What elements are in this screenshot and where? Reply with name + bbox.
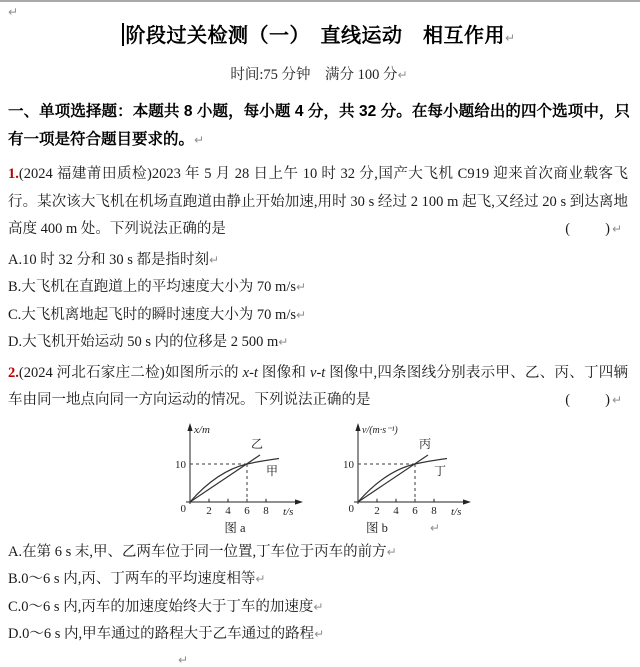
x-axis-label: t/s [451, 506, 461, 518]
question-2-options: A.在第 6 s 末,甲、乙两车位于同一位置,丁车位于丙车的前方↵ B.0～6 … [8, 539, 630, 649]
y-axis-label: x/m [193, 424, 210, 436]
exam-subtitle-text: 时间:75 分钟 满分 100 分 [230, 67, 397, 83]
paragraph-mark: ↵ [296, 308, 306, 322]
option-text: A.10 时 32 分和 30 s 都是指时刻 [8, 252, 209, 268]
option-text: D.0～6 s 内,甲车通过的路程大于乙车通过的路程 [8, 626, 314, 642]
exam-document-page[interactable]: { "marks": { "pilcrow": "↵" }, "header":… [0, 0, 640, 667]
option-item: C.大飞机离地起飞时的瞬时速度大小为 70 m/s↵ [8, 302, 630, 330]
exam-subtitle: 时间:75 分钟 满分 100 分↵ [8, 65, 630, 85]
x-tick-label: 6 [412, 505, 418, 517]
vt-graph-label: v-t [310, 365, 325, 381]
answer-bracket-text: ( ) [565, 392, 612, 408]
origin-label: 0 [181, 503, 187, 515]
x-axis-arrow [295, 499, 303, 504]
x-tick-label: 6 [244, 505, 250, 517]
paragraph-mark: ↵ [313, 600, 323, 614]
answer-bracket: ( )↵ [565, 216, 624, 244]
option-text: B.大飞机在直跑道上的平均速度大小为 70 m/s [8, 279, 296, 295]
section-instructions: 一、单项选择题：本题共 8 小题，每小题 4 分，共 32 分。在每小题给出的四… [8, 98, 630, 154]
paragraph-mark: ↵ [398, 68, 408, 82]
x-tick-label: 2 [374, 505, 380, 517]
exam-title-text: 阶段过关检测（一） 直线运动 相互作用 [125, 25, 505, 47]
option-text: B.0～6 s 内,丙、丁两车的平均速度相等 [8, 571, 255, 587]
paragraph-mark: ↵ [505, 31, 516, 45]
xt-graph-label: x-t [243, 365, 258, 381]
empty-paragraph: ↵ [178, 651, 630, 667]
option-item: B.0～6 s 内,丙、丁两车的平均速度相等↵ [8, 566, 630, 594]
series-label-ding: 丁 [434, 464, 446, 478]
y-tick-label-10: 10 [343, 459, 355, 471]
y-axis-arrow [187, 423, 192, 431]
paragraph-mark: ↵ [612, 222, 624, 236]
paragraph-mark: ↵ [255, 572, 265, 586]
question-2: 2.(2024 河北石家庄二检)如图所示的 x-t 图像和 v-t 图像中,四条… [8, 360, 630, 415]
answer-bracket: ( )↵ [565, 387, 624, 415]
y-tick-label-10: 10 [175, 459, 187, 471]
figure-b-caption-text: 图 b [366, 521, 388, 535]
question-2-text: (2024 河北石家庄二检)如图所示的 [19, 365, 243, 381]
figure-a-xt-graph: x/m t/s 10 0 2 4 6 8 乙 甲 图 a [160, 420, 310, 536]
page-title: 阶段过关检测（一） 直线运动 相互作用↵ [8, 22, 630, 52]
document-body: 阶段过关检测（一） 直线运动 相互作用↵ 时间:75 分钟 满分 100 分↵ … [0, 0, 640, 667]
x-tick-label: 4 [393, 505, 399, 517]
question-1: 1.(2024 福建莆田质检)2023 年 5 月 28 日上午 10 时 32… [8, 161, 630, 244]
x-axis-label: t/s [283, 506, 293, 518]
paragraph-mark: ↵ [430, 521, 440, 535]
vt-graph-canvas: v/(m·s⁻¹) t/s 10 0 2 4 6 8 丙 丁 [328, 420, 478, 519]
question-1-options: A.10 时 32 分和 30 s 都是指时刻↵ B.大飞机在直跑道上的平均速度… [8, 247, 630, 357]
option-text: C.大飞机离地起飞时的瞬时速度大小为 70 m/s [8, 307, 296, 323]
paragraph-mark: ↵ [278, 335, 288, 349]
x-axis-arrow [463, 499, 471, 504]
section-instructions-text: 一、单项选择题：本题共 8 小题，每小题 4 分，共 32 分。在每小题给出的四… [8, 103, 630, 148]
paragraph-mark: ↵ [387, 545, 397, 559]
x-tick-label: 8 [263, 505, 269, 517]
paragraph-mark: ↵ [296, 280, 306, 294]
option-item: D.0～6 s 内,甲车通过的路程大于乙车通过的路程↵ [8, 621, 630, 649]
series-label-yi: 乙 [251, 437, 263, 451]
option-item: A.10 时 32 分和 30 s 都是指时刻↵ [8, 247, 630, 275]
paragraph-mark: ↵ [178, 653, 188, 667]
paragraph-mark: ↵ [8, 5, 18, 19]
paragraph-mark: ↵ [314, 627, 324, 641]
question-1-text: (2024 福建莆田质检)2023 年 5 月 28 日上午 10 时 32 分… [8, 166, 628, 237]
option-item: D.大飞机开始运动 50 s 内的位移是 2 500 m↵ [8, 329, 630, 357]
option-item: B.大飞机在直跑道上的平均速度大小为 70 m/s↵ [8, 274, 630, 302]
paragraph-mark: ↵ [194, 133, 204, 147]
series-label-jia: 甲 [266, 464, 278, 478]
option-text: D.大飞机开始运动 50 s 内的位移是 2 500 m [8, 334, 278, 350]
origin-label: 0 [349, 503, 355, 515]
curve-yi-straight-line [190, 455, 260, 502]
answer-bracket-text: ( ) [565, 221, 612, 237]
curve-bing-straight-line [358, 455, 428, 502]
paragraph-mark: ↵ [612, 393, 624, 407]
series-label-bing: 丙 [419, 437, 431, 451]
option-text: A.在第 6 s 末,甲、乙两车位于同一位置,丁车位于丙车的前方 [8, 544, 387, 560]
option-item: C.0～6 s 内,丙车的加速度始终大于丁车的加速度↵ [8, 594, 630, 622]
xt-graph-canvas: x/m t/s 10 0 2 4 6 8 乙 甲 [160, 420, 310, 519]
y-axis-label: v/(m·s⁻¹) [362, 425, 398, 436]
figure-b-vt-graph: v/(m·s⁻¹) t/s 10 0 2 4 6 8 丙 丁 图 b↵ [328, 420, 478, 536]
x-tick-label: 2 [206, 505, 212, 517]
option-item: A.在第 6 s 末,甲、乙两车位于同一位置,丁车位于丙车的前方↵ [8, 539, 630, 567]
question-1-number: 1. [8, 166, 19, 182]
question-2-figures: x/m t/s 10 0 2 4 6 8 乙 甲 图 a [8, 420, 630, 536]
paragraph-mark: ↵ [209, 253, 219, 267]
x-tick-label: 4 [225, 505, 231, 517]
question-2-number: 2. [8, 365, 19, 381]
y-axis-arrow [355, 423, 360, 431]
option-text: C.0～6 s 内,丙车的加速度始终大于丁车的加速度 [8, 599, 313, 615]
figure-a-caption: 图 a [160, 520, 310, 536]
figure-b-caption: 图 b↵ [328, 520, 478, 536]
figure-a-caption-text: 图 a [224, 521, 245, 535]
page-top-border [0, 0, 640, 2]
x-tick-label: 8 [431, 505, 437, 517]
question-2-text: 图像和 [258, 365, 310, 381]
